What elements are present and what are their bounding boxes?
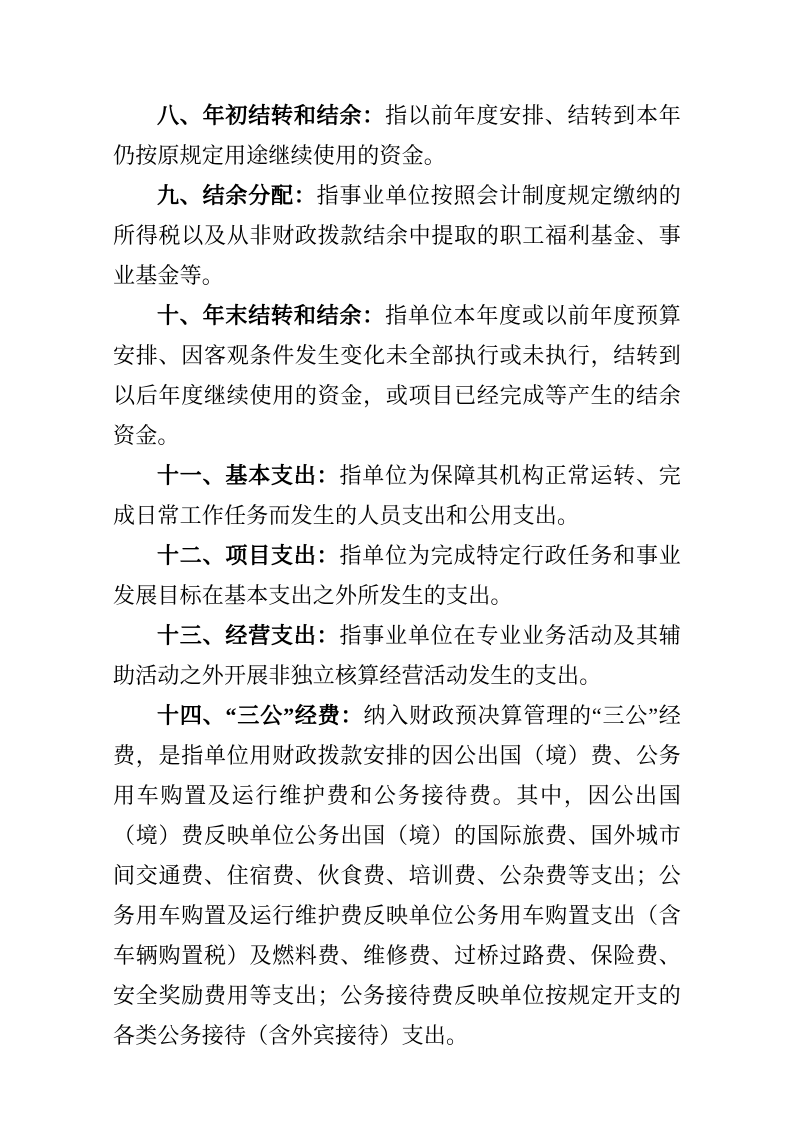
term-label: 十四、“三公”经费： xyxy=(157,703,363,728)
term-label: 十、年末结转和结余： xyxy=(157,303,385,328)
paragraph-operating-expenditure: 十三、经营支出：指事业单位在专业业务活动及其辅助活动之外开展非独立核算经营活动发… xyxy=(113,616,681,696)
document-page: 八、年初结转和结余：指以前年度安排、结转到本年仍按原规定用途继续使用的资金。 九… xyxy=(0,0,793,1122)
paragraph-three-public-funds: 十四、“三公”经费：纳入财政预决算管理的“三公”经费，是指单位用财政拨款安排的因… xyxy=(113,696,681,1056)
paragraph-year-end-carryover: 十、年末结转和结余：指单位本年度或以前年度预算安排、因客观条件发生变化未全部执行… xyxy=(113,296,681,456)
term-definition: 纳入财政预决算管理的“三公”经费，是指单位用财政拨款安排的因公出国（境）费、公务… xyxy=(113,703,681,1048)
term-label: 九、结余分配： xyxy=(157,183,317,208)
document-body: 八、年初结转和结余：指以前年度安排、结转到本年仍按原规定用途继续使用的资金。 九… xyxy=(113,96,681,1056)
paragraph-basic-expenditure: 十一、基本支出：指单位为保障其机构正常运转、完成日常工作任务而发生的人员支出和公… xyxy=(113,456,681,536)
term-label: 十三、经营支出： xyxy=(157,623,339,648)
paragraph-project-expenditure: 十二、项目支出：指单位为完成特定行政任务和事业发展目标在基本支出之外所发生的支出… xyxy=(113,536,681,616)
paragraph-year-begin-carryover: 八、年初结转和结余：指以前年度安排、结转到本年仍按原规定用途继续使用的资金。 xyxy=(113,96,681,176)
paragraph-surplus-distribution: 九、结余分配：指事业单位按照会计制度规定缴纳的所得税以及从非财政拨款结余中提取的… xyxy=(113,176,681,296)
term-label: 十二、项目支出： xyxy=(157,543,339,568)
term-label: 八、年初结转和结余： xyxy=(157,103,385,128)
term-label: 十一、基本支出： xyxy=(157,463,339,488)
